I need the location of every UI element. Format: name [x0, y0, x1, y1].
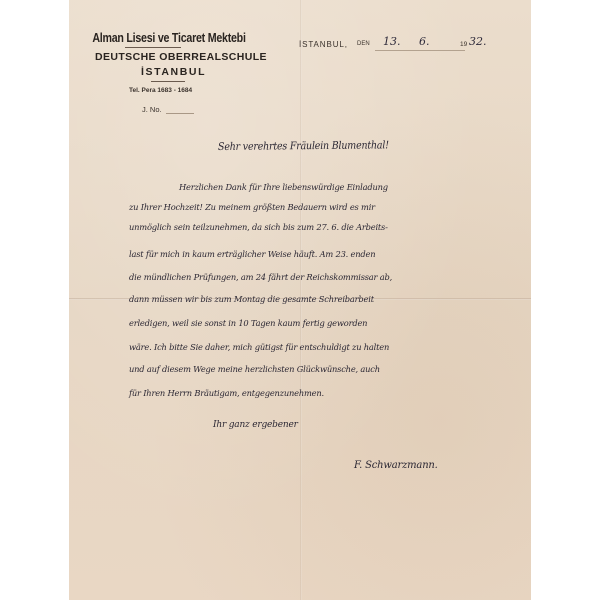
date-year: 32. [469, 35, 487, 48]
body-line: die mündlichen Prüfungen, am 24 fährt de… [129, 272, 392, 282]
letter-sheet: Alman Lisesi ve Ticaret Mektebi DEUTSCHE… [69, 0, 531, 600]
letterhead-divider [125, 47, 181, 48]
dateline: İSTANBUL, DEN 13. 6. 19 32. [299, 40, 499, 56]
body-line: dann müssen wir bis zum Montag die gesam… [129, 294, 374, 304]
closing: Ihr ganz ergebener [213, 420, 298, 430]
body-line: und auf diesem Wege meine herzlichsten G… [129, 364, 380, 374]
journal-number-blank [166, 113, 194, 114]
body-line: für Ihren Herrn Bräutigam, entgegenzuneh… [129, 388, 324, 398]
dateline-city: İSTANBUL, [299, 40, 348, 49]
signature: F. Schwarzmann. [354, 459, 438, 471]
letterhead-divider-small [151, 81, 185, 82]
date-century: 19 [460, 41, 467, 48]
salutation: Sehr verehrtes Fräulein Blumenthal! [218, 139, 389, 153]
date-underline [375, 50, 465, 51]
date-month: 6. [419, 35, 430, 48]
body-line: wäre. Ich bitte Sie daher, mich gütigst … [129, 342, 389, 352]
journal-number-label: J. No. [142, 105, 162, 114]
body-line: erledigen, weil sie sonst in 10 Tagen ka… [129, 318, 367, 328]
letterhead-city: İSTANBUL [141, 66, 206, 78]
body-line: last für mich in kaum erträglicher Weise… [129, 249, 375, 259]
body-line: unmöglich sein teilzunehmen, da sich bis… [129, 222, 388, 232]
body-line: zu Ihrer Hochzeit! Zu meinem größten Bed… [129, 202, 375, 212]
date-day: 13. [383, 35, 401, 48]
dateline-den-label: DEN [357, 41, 370, 47]
telephone-number: Tel. Pera 1683 - 1684 [129, 87, 192, 94]
document-viewer: Alman Lisesi ve Ticaret Mektebi DEUTSCHE… [0, 0, 600, 600]
body-line: Herzlichen Dank für Ihre liebenswürdige … [179, 182, 388, 192]
school-name-german: DEUTSCHE OBERREALSCHULE [95, 51, 267, 63]
school-name-turkish: Alman Lisesi ve Ticaret Mektebi [87, 30, 251, 45]
